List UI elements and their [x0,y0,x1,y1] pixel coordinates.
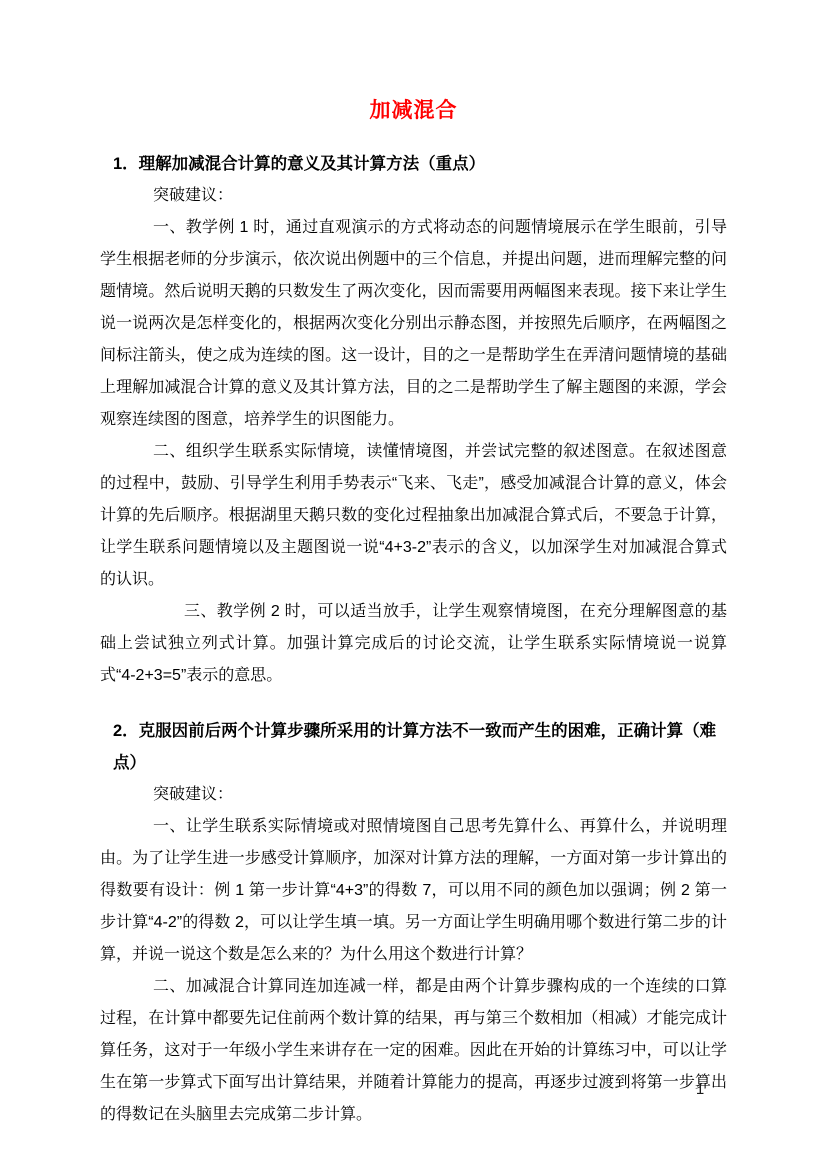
section-2-lead: 突破建议： [100,779,727,811]
section-2-paragraph-2: 二、加减混合计算同连加连减一样，都是由两个计算步骤构成的一个连续的口算过程，在计… [100,971,727,1131]
document-content: 加减混合 1．理解加减混合计算的意义及其计算方法（重点） 突破建议： 一、教学例… [100,0,727,1131]
section-2-heading: 2．克服因前后两个计算步骤所采用的计算方法不一致而产生的困难，正确计算（难点） [113,715,727,779]
section-2: 2．克服因前后两个计算步骤所采用的计算方法不一致而产生的困难，正确计算（难点） … [100,715,727,1131]
page-title: 加减混合 [100,97,727,125]
section-1-heading: 1．理解加减混合计算的意义及其计算方法（重点） [113,148,727,180]
section-2-paragraph-1: 一、让学生联系实际情境或对照情境图自己思考先算什么、再算什么，并说明理由。为了让… [100,811,727,971]
section-1-paragraph-3: 三、教学例 2 时，可以适当放手，让学生观察情境图，在充分理解图意的基础上尝试独… [100,596,727,692]
document-page: 加减混合 1．理解加减混合计算的意义及其计算方法（重点） 突破建议： 一、教学例… [0,0,827,1170]
section-1-paragraph-1: 一、教学例 1 时，通过直观演示的方式将动态的问题情境展示在学生眼前，引导学生根… [100,212,727,436]
section-1-paragraph-2: 二、组织学生联系实际情境，读懂情境图，并尝试完整的叙述图意。在叙述图意的过程中，… [100,436,727,596]
section-1-lead: 突破建议： [100,180,727,212]
section-1: 1．理解加减混合计算的意义及其计算方法（重点） 突破建议： 一、教学例 1 时，… [100,148,727,692]
page-number: 1 [690,1080,710,1100]
